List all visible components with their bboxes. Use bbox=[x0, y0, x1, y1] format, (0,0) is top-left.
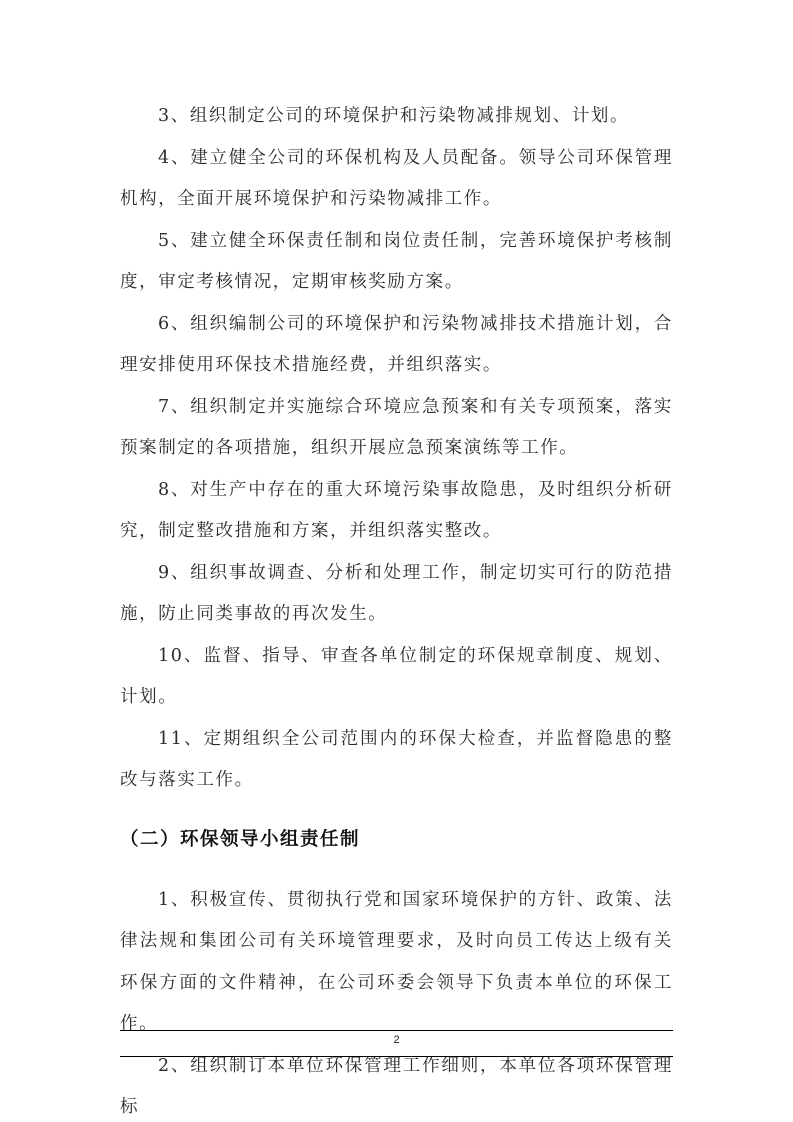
page-number: 2 bbox=[120, 1034, 673, 1046]
paragraph-item-9: 9、组织事故调查、分析和处理工作，制定切实可行的防范措施，防止同类事故的再次发生… bbox=[120, 553, 673, 636]
paragraph-item-3: 3、组织制定公司的环境保护和污染物减排规划、计划。 bbox=[120, 96, 673, 138]
paragraph-item-7: 7、组织制定并实施综合环境应急预案和有关专项预案，落实预案制定的各项措施，组织开… bbox=[120, 387, 673, 470]
footer-divider-bottom bbox=[120, 1056, 673, 1057]
paragraph-item-5: 5、建立健全环保责任制和岗位责任制，完善环境保护考核制度，审定考核情况，定期审核… bbox=[120, 221, 673, 304]
paragraph-item-10: 10、监督、指导、审查各单位制定的环保规章制度、规划、计划。 bbox=[120, 636, 673, 719]
paragraph-item-11: 11、定期组织全公司范围内的环保大检查，并监督隐患的整改与落实工作。 bbox=[120, 719, 673, 802]
document-body: 3、组织制定公司的环境保护和污染物减排规划、计划。 4、建立健全公司的环保机构及… bbox=[120, 96, 673, 1122]
paragraph-item-1: 1、积极宣传、贯彻执行党和国家环境保护的方针、政策、法律法规和集团公司有关环境管… bbox=[120, 880, 673, 1046]
section-heading: （二）环保领导小组责任制 bbox=[120, 822, 673, 858]
footer-divider-top bbox=[120, 1030, 673, 1031]
paragraph-item-6: 6、组织编制公司的环境保护和污染物减排技术措施计划，合理安排使用环保技术措施经费… bbox=[120, 304, 673, 387]
paragraph-item-4: 4、建立健全公司的环保机构及人员配备。领导公司环保管理机构，全面开展环境保护和污… bbox=[120, 138, 673, 221]
document-page: 3、组织制定公司的环境保护和污染物减排规划、计划。 4、建立健全公司的环保机构及… bbox=[0, 0, 793, 1122]
paragraph-item-8: 8、对生产中存在的重大环境污染事故隐患，及时组织分析研究，制定整改措施和方案，并… bbox=[120, 470, 673, 553]
